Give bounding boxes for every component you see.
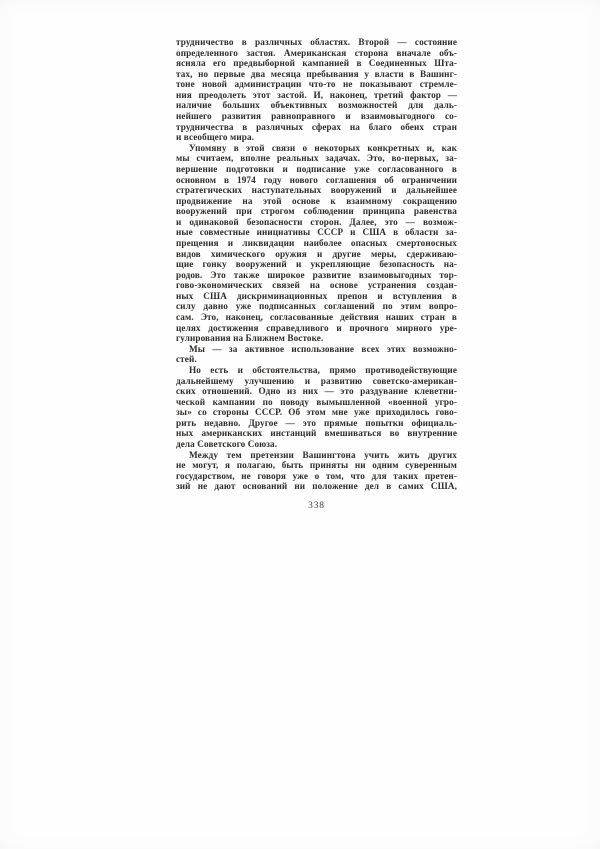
text-line: силу давно уже подписанных соглашений по… — [176, 301, 457, 312]
text-line: мы считаем, вполне реальных задачах. Это… — [176, 153, 457, 164]
text-line: стратегических наступательных вооружений… — [176, 185, 457, 196]
text-line: не могут, я полагаю, быть приняты ни одн… — [176, 460, 457, 471]
text-line: Упомяну в этой связи о некоторых конкрет… — [176, 143, 457, 154]
text-line: ные совместные инициативы СССР и США в о… — [176, 227, 457, 238]
text-line: основном в 1974 году нового соглашения о… — [176, 175, 457, 186]
text-line: государством, не говоря уже о том, что д… — [176, 471, 457, 482]
text-line: ских отношений. Одно из них — это раздув… — [176, 386, 457, 397]
page-number: 338 — [176, 501, 457, 511]
text-line: ных США дискриминационных препон и вступ… — [176, 291, 457, 302]
text-line: ческой кампании по поводу вымышленной «в… — [176, 397, 457, 408]
text-line: и одинаковой безопасности сторон. Далее,… — [176, 217, 457, 228]
text-line: ясняла его предвыборной кампанией в Соед… — [176, 58, 457, 69]
text-line: тах, но первые два месяца пребывания у в… — [176, 69, 457, 80]
text-line: зы» со стороны СССР. Об этом мне уже при… — [176, 407, 457, 418]
text-line: тоне новой администрации что-то не показ… — [176, 79, 457, 90]
text-line: дела Советского Союза. — [176, 439, 457, 450]
text-line: зий не дают оснований ни положение дел в… — [176, 481, 457, 492]
text-line: гулирования на Ближнем Востоке. — [176, 333, 457, 344]
text-line: ния преодолеть этот застой. И, наконец, … — [176, 90, 457, 101]
text-line: дальнейшему улучшению и развитию советск… — [176, 376, 457, 387]
text-line: сам. Это, наконец, согласованные действи… — [176, 312, 457, 323]
text-line: наличие больших объективных возможностей… — [176, 100, 457, 111]
text-line: прещения и ликвидации наиболее опасных с… — [176, 238, 457, 249]
text-line: вершение подготовки и подписание уже сог… — [176, 164, 457, 175]
text-line: и всеобщего мира. — [176, 132, 457, 143]
text-line: трудничества в различных сферах на благо… — [176, 122, 457, 133]
text-line: Но есть и обстоятельства, прямо противод… — [176, 365, 457, 376]
book-page: трудничество в различных областях. Второ… — [0, 0, 600, 849]
text-line: щие гонку вооружений и укрепляющие безоп… — [176, 259, 457, 270]
text-line: вооружений при строгом соблюдении принци… — [176, 206, 457, 217]
page-text-block: трудничество в различных областях. Второ… — [176, 37, 457, 492]
text-line: Между тем претензии Вашингтона учить жит… — [176, 450, 457, 461]
text-line: рить недавно. Другое — это прямые попытк… — [176, 418, 457, 429]
text-line: ных американских инстанций вмешиваться в… — [176, 428, 457, 439]
text-line: продвижение на этой основе к взаимному с… — [176, 196, 457, 207]
text-line: родов. Это также широкое развитие взаимо… — [176, 270, 457, 281]
text-line: гово-экономических связей на основе устр… — [176, 280, 457, 291]
text-line: Мы — за активное использование всех этих… — [176, 344, 457, 355]
text-line: нейшего развития равноправного и взаимов… — [176, 111, 457, 122]
text-line: стей. — [176, 354, 457, 365]
text-line: трудничество в различных областях. Второ… — [176, 37, 457, 48]
text-line: видов химического оружия и другие меры, … — [176, 249, 457, 260]
text-line: целях достижения справедливого и прочног… — [176, 323, 457, 334]
text-line: определенного застоя. Американская сторо… — [176, 48, 457, 59]
